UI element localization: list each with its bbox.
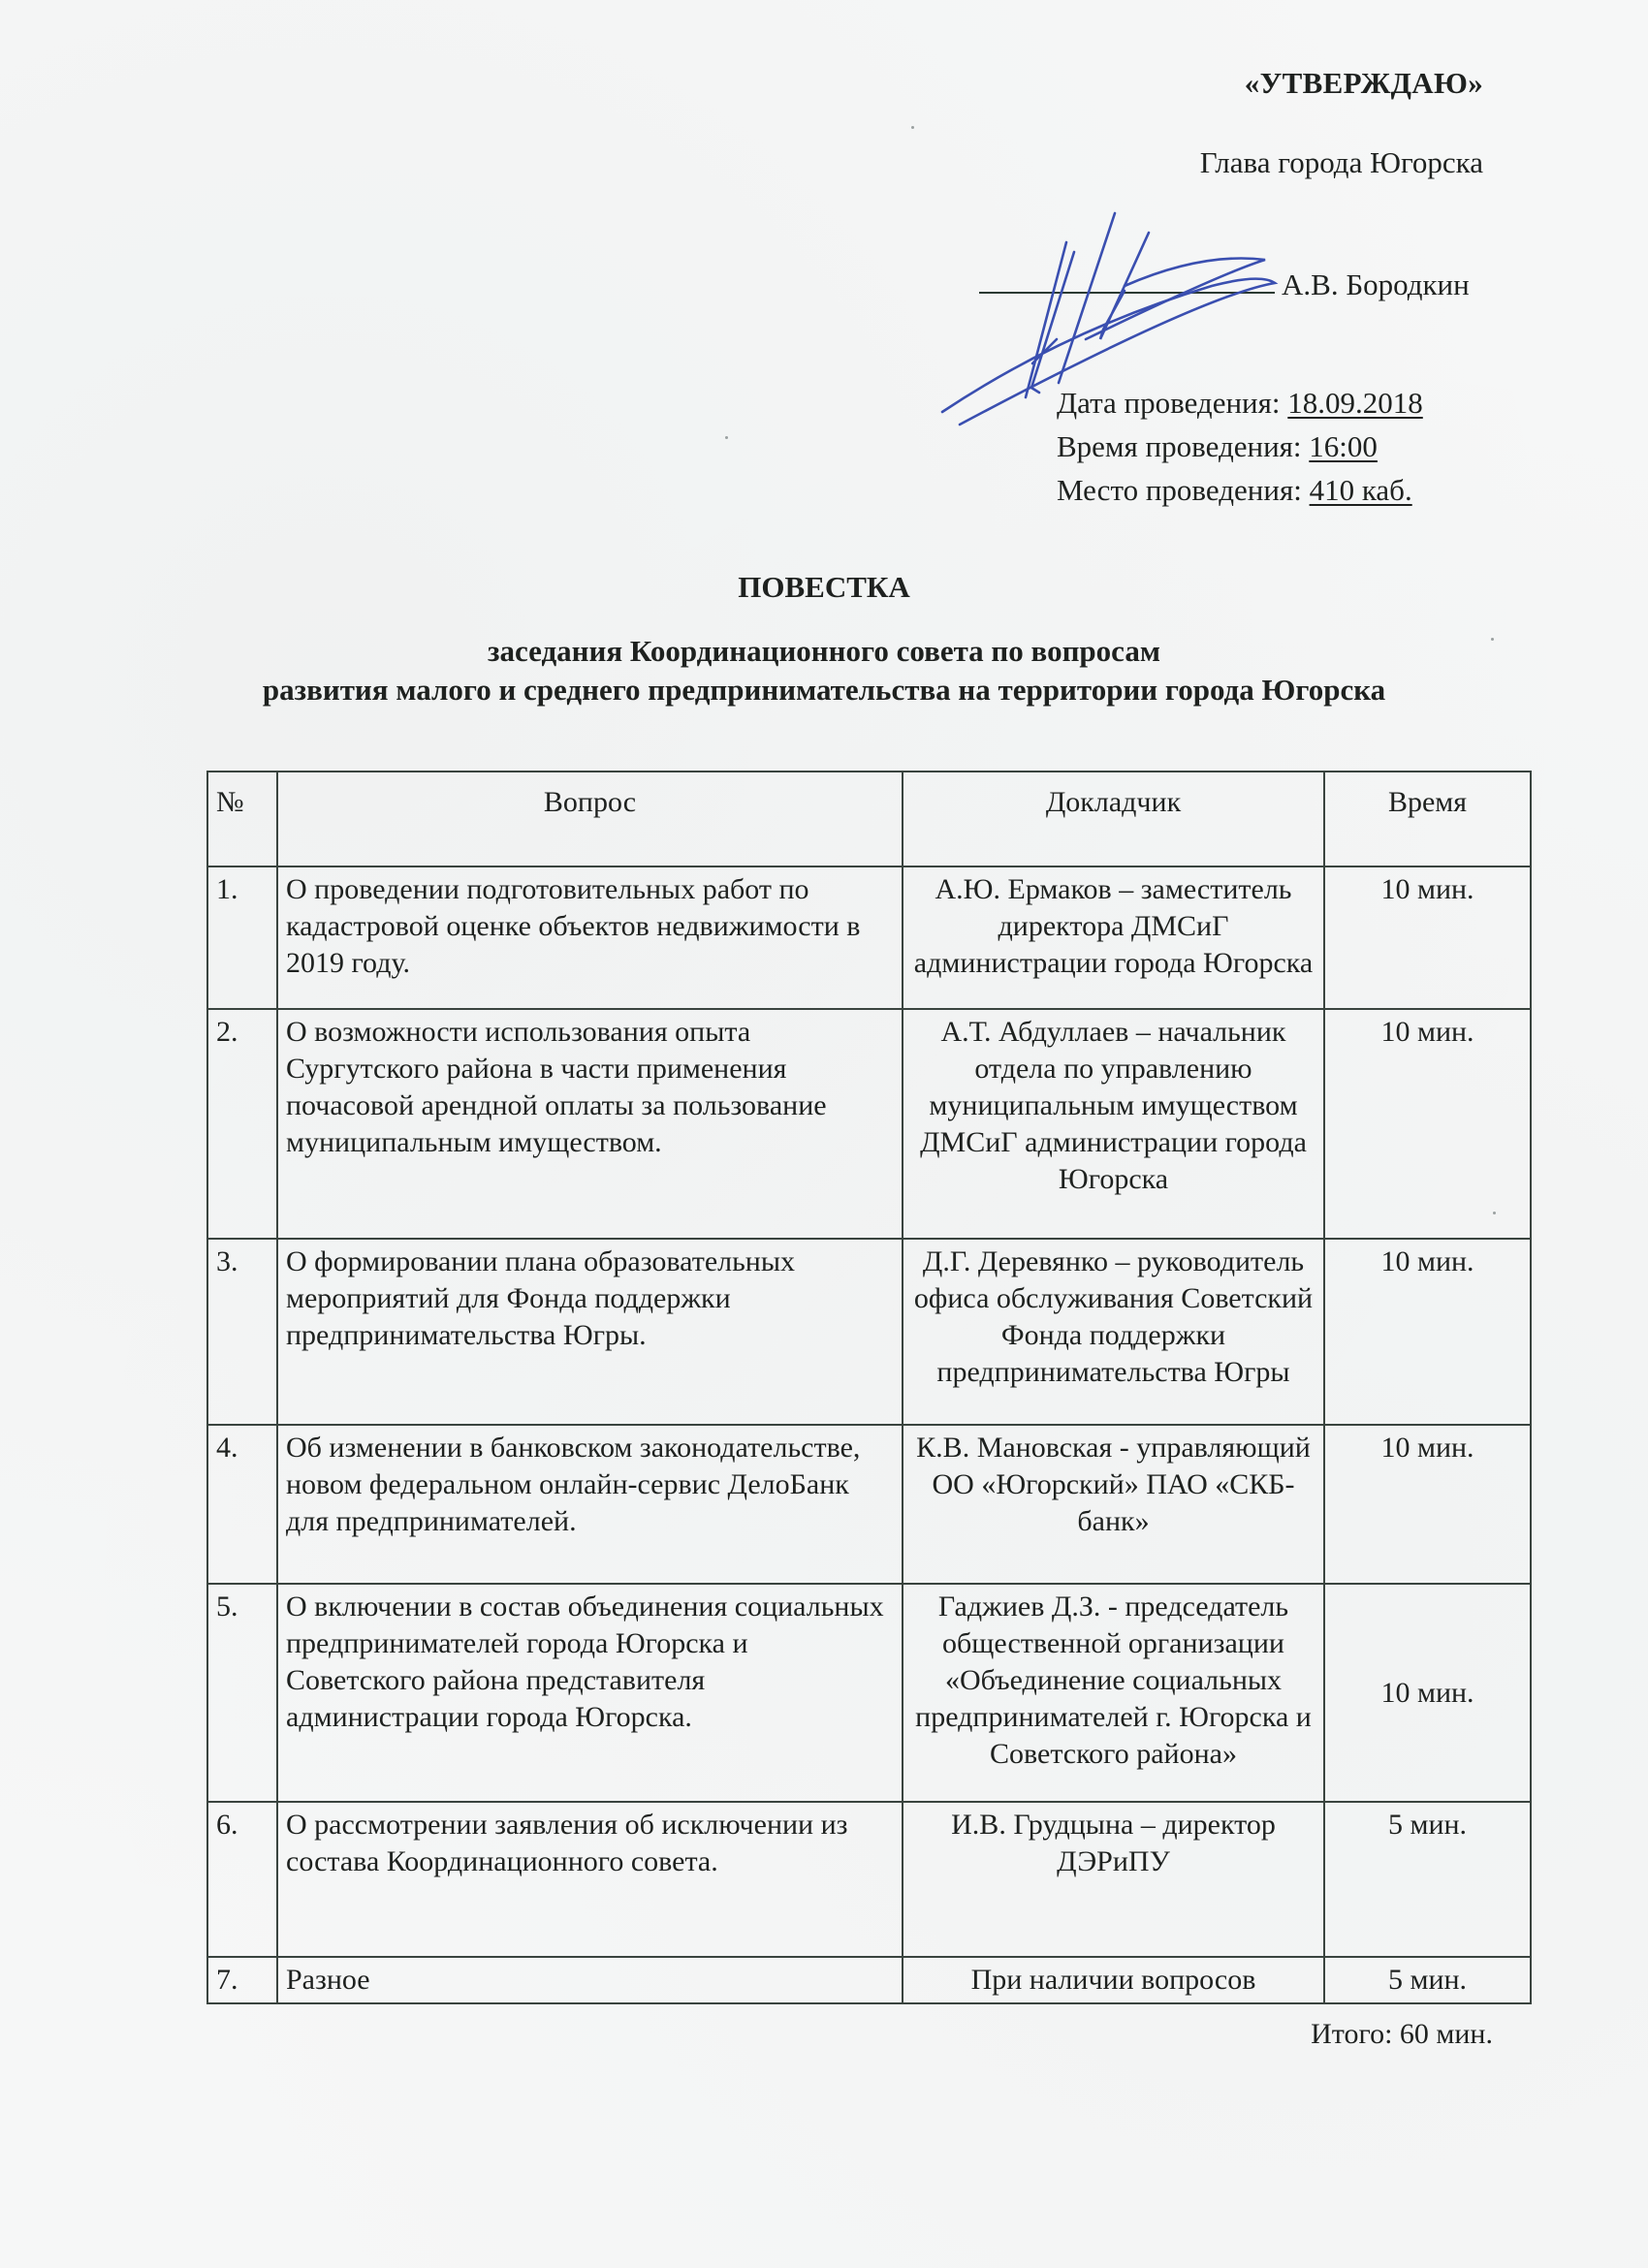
table-header-row: № Вопрос Докладчик Время <box>207 772 1531 866</box>
row-speaker: При наличии вопросов <box>903 1957 1324 2003</box>
signatory-name: А.В. Бородкин <box>1282 268 1470 302</box>
row-time: 5 мин. <box>1324 1802 1531 1957</box>
row-time: 10 мин. <box>1324 1239 1531 1425</box>
document-page: «УТВЕРЖДАЮ» Глава города Югорска А.В. Бо… <box>0 0 1648 2268</box>
table-row: 2. О возможности использования опыта Сур… <box>207 1009 1531 1239</box>
document-subtitle: заседания Координационного совета по воп… <box>0 632 1648 709</box>
table-row: 1. О проведении подготовительных работ п… <box>207 866 1531 1009</box>
row-num: 1. <box>207 866 277 1009</box>
row-question: О возможности использования опыта Сургут… <box>277 1009 903 1239</box>
approval-stamp-title: «УТВЕРЖДАЮ» <box>1245 66 1483 101</box>
row-speaker: И.В. Грудцына – директор ДЭРиПУ <box>903 1802 1324 1957</box>
meeting-place: Место проведения: 410 каб. <box>1057 468 1423 512</box>
row-time: 10 мин. <box>1324 1009 1531 1239</box>
row-num: 4. <box>207 1425 277 1584</box>
row-num: 2. <box>207 1009 277 1239</box>
header-num: № <box>207 772 277 866</box>
scan-speck <box>1493 1212 1496 1214</box>
meeting-date: Дата проведения: 18.09.2018 <box>1057 381 1423 425</box>
place-label: Место проведения: <box>1057 473 1310 507</box>
row-time: 10 мин. <box>1324 866 1531 1009</box>
table-row: 3. О формировании плана образовательных … <box>207 1239 1531 1425</box>
row-num: 6. <box>207 1802 277 1957</box>
total-duration: Итого: 60 мин. <box>1311 2018 1493 2051</box>
row-speaker: А.Т. Абдуллаев – начальник отдела по упр… <box>903 1009 1324 1239</box>
row-speaker: А.Ю. Ермаков – заместитель директора ДМС… <box>903 866 1324 1009</box>
date-value: 18.09.2018 <box>1287 386 1423 420</box>
time-label: Время проведения: <box>1057 429 1309 463</box>
scan-speck <box>911 126 914 129</box>
row-num: 7. <box>207 1957 277 2003</box>
agenda-table: № Вопрос Докладчик Время 1. О проведении… <box>206 771 1532 2004</box>
header-question: Вопрос <box>277 772 903 866</box>
table-row: 6. О рассмотрении заявления об исключени… <box>207 1802 1531 1957</box>
row-question: О включении в состав объединения социаль… <box>277 1584 903 1802</box>
meeting-details: Дата проведения: 18.09.2018 Время провед… <box>1057 381 1423 512</box>
table-row: 4. Об изменении в банковском законодател… <box>207 1425 1531 1584</box>
row-question: Об изменении в банковском законодательст… <box>277 1425 903 1584</box>
scan-speck <box>725 436 728 439</box>
document-title: ПОВЕСТКА <box>0 570 1648 605</box>
row-speaker: Гаджиев Д.З. - председатель общественной… <box>903 1584 1324 1802</box>
table-row: 7. Разное При наличии вопросов 5 мин. <box>207 1957 1531 2003</box>
subtitle-line-2: развития малого и среднего предпринимате… <box>0 671 1648 709</box>
row-time: 10 мин. <box>1324 1584 1531 1802</box>
subtitle-line-1: заседания Координационного совета по воп… <box>0 632 1648 671</box>
approver-position: Глава города Югорска <box>1200 145 1483 180</box>
row-question: О проведении подготовительных работ по к… <box>277 866 903 1009</box>
row-speaker: К.В. Мановская - управляющий ОО «Югорски… <box>903 1425 1324 1584</box>
row-question: О формировании плана образовательных мер… <box>277 1239 903 1425</box>
header-time: Время <box>1324 772 1531 866</box>
row-num: 3. <box>207 1239 277 1425</box>
date-label: Дата проведения: <box>1057 386 1287 420</box>
row-question: О рассмотрении заявления об исключении и… <box>277 1802 903 1957</box>
time-value: 16:00 <box>1309 429 1378 463</box>
row-time: 5 мин. <box>1324 1957 1531 2003</box>
header-speaker: Докладчик <box>903 772 1324 866</box>
row-time: 10 мин. <box>1324 1425 1531 1584</box>
meeting-time: Время проведения: 16:00 <box>1057 425 1423 468</box>
row-speaker: Д.Г. Деревянко – руководитель офиса обсл… <box>903 1239 1324 1425</box>
scan-speck <box>1491 638 1494 641</box>
row-num: 5. <box>207 1584 277 1802</box>
place-value: 410 каб. <box>1310 473 1412 507</box>
table-row: 5. О включении в состав объединения соци… <box>207 1584 1531 1802</box>
row-question: Разное <box>277 1957 903 2003</box>
